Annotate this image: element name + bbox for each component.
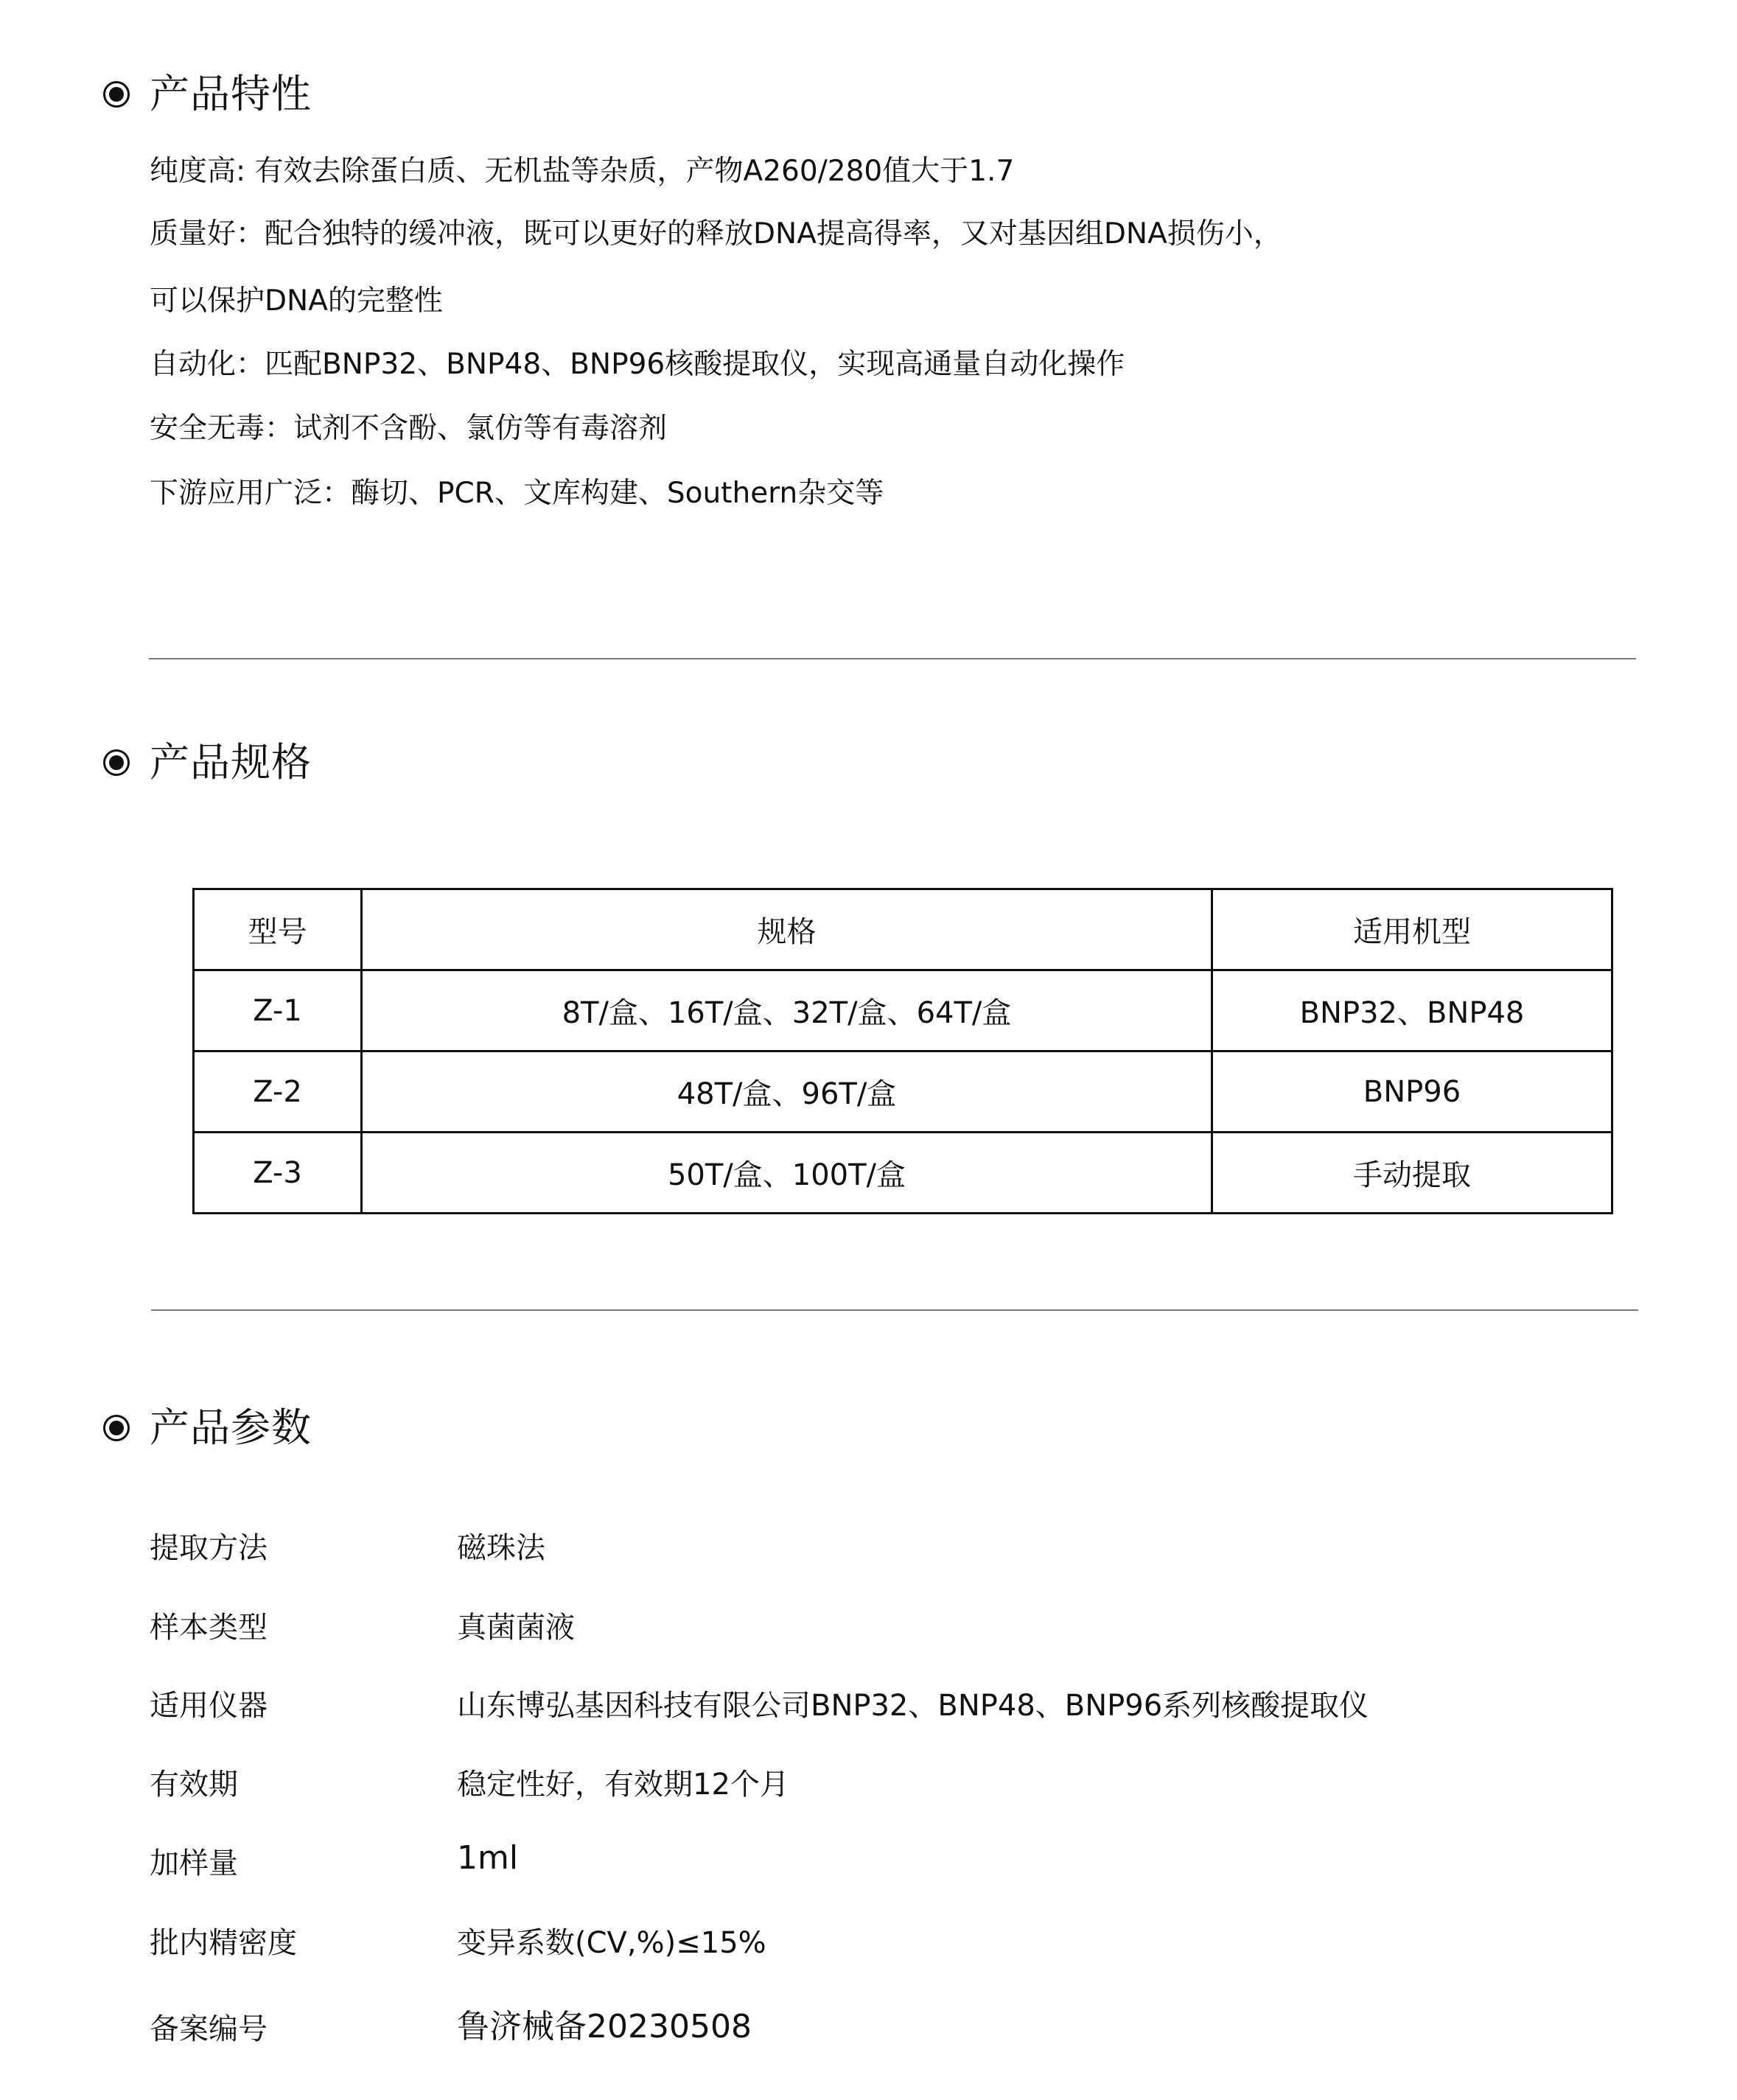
features-heading-text: 产品特性 — [150, 72, 312, 116]
table-header-spec: 规格 — [362, 889, 1212, 970]
section-divider — [151, 1309, 1638, 1311]
radio-bullet-icon — [103, 1415, 130, 1441]
feature-line-automation: 自动化：匹配BNP32、BNP48、BNP96核酸提取仪，实现高通量自动化操作 — [150, 347, 1125, 382]
table-cell-instrument: 手动提取 — [1212, 1133, 1612, 1214]
param-label-method: 提取方法 — [150, 1530, 268, 1566]
table-cell-model: Z-2 — [194, 1051, 362, 1133]
param-value-instrument: 山东博弘基因科技有限公司BNP32、BNP48、BNP96系列核酸提取仪 — [457, 1688, 1369, 1723]
feature-line-quality: 质量好：配合独特的缓冲液，既可以更好的释放DNA提高得率，又对基因组DNA损伤小… — [150, 217, 1282, 252]
radio-bullet-icon — [103, 749, 130, 776]
feature-line-applications: 下游应用广泛：酶切、PCR、文库构建、Southern杂交等 — [150, 476, 884, 511]
table-header-row: 型号 规格 适用机型 — [194, 889, 1612, 970]
table-cell-instrument: BNP96 — [1212, 1051, 1612, 1133]
param-label-instrument: 适用仪器 — [150, 1688, 268, 1723]
param-value-registration: 鲁济械备20230508 — [457, 2009, 752, 2045]
feature-line-purity: 纯度高: 有效去除蛋白质、无机盐等杂质，产物A260/280值大于1.7 — [150, 154, 1014, 189]
param-label-sample-volume: 加样量 — [150, 1846, 238, 1881]
param-value-method: 磁珠法 — [457, 1530, 545, 1566]
specs-heading-text: 产品规格 — [150, 741, 312, 785]
param-value-sample-volume: 1ml — [457, 1841, 518, 1876]
table-cell-model: Z-1 — [194, 970, 362, 1051]
table-cell-spec: 50T/盒、100T/盒 — [362, 1133, 1212, 1214]
table-cell-model: Z-3 — [194, 1133, 362, 1214]
feature-line-safety: 安全无毒：试剂不含酚、氯仿等有毒溶剂 — [150, 411, 667, 447]
table-row: Z-1 8T/盒、16T/盒、32T/盒、64T/盒 BNP32、BNP48 — [194, 970, 1612, 1051]
table-cell-instrument: BNP32、BNP48 — [1212, 970, 1612, 1051]
param-value-shelf-life: 稳定性好，有效期12个月 — [457, 1767, 789, 1802]
features-heading: 产品特性 — [103, 72, 312, 116]
table-cell-spec: 48T/盒、96T/盒 — [362, 1051, 1212, 1133]
table-row: Z-3 50T/盒、100T/盒 手动提取 — [194, 1133, 1612, 1214]
table-cell-spec: 8T/盒、16T/盒、32T/盒、64T/盒 — [362, 970, 1212, 1051]
table-row: Z-2 48T/盒、96T/盒 BNP96 — [194, 1051, 1612, 1133]
specs-heading: 产品规格 — [103, 741, 312, 785]
table-header-model: 型号 — [194, 889, 362, 970]
section-divider — [149, 658, 1636, 659]
table-header-instrument: 适用机型 — [1212, 889, 1612, 970]
spec-table: 型号 规格 适用机型 Z-1 8T/盒、16T/盒、32T/盒、64T/盒 BN… — [192, 888, 1613, 1214]
feature-line-quality-cont: 可以保护DNA的完整性 — [150, 284, 443, 319]
param-value-precision: 变异系数(CV,%)≤15% — [457, 1925, 766, 1961]
param-value-sample-type: 真菌菌液 — [457, 1610, 575, 1645]
param-label-shelf-life: 有效期 — [150, 1767, 238, 1802]
param-label-sample-type: 样本类型 — [150, 1610, 268, 1645]
params-heading: 产品参数 — [103, 1406, 312, 1450]
param-label-registration: 备案编号 — [150, 2012, 268, 2047]
radio-bullet-icon — [103, 81, 130, 108]
param-label-precision: 批内精密度 — [150, 1925, 297, 1961]
params-heading-text: 产品参数 — [150, 1406, 312, 1450]
